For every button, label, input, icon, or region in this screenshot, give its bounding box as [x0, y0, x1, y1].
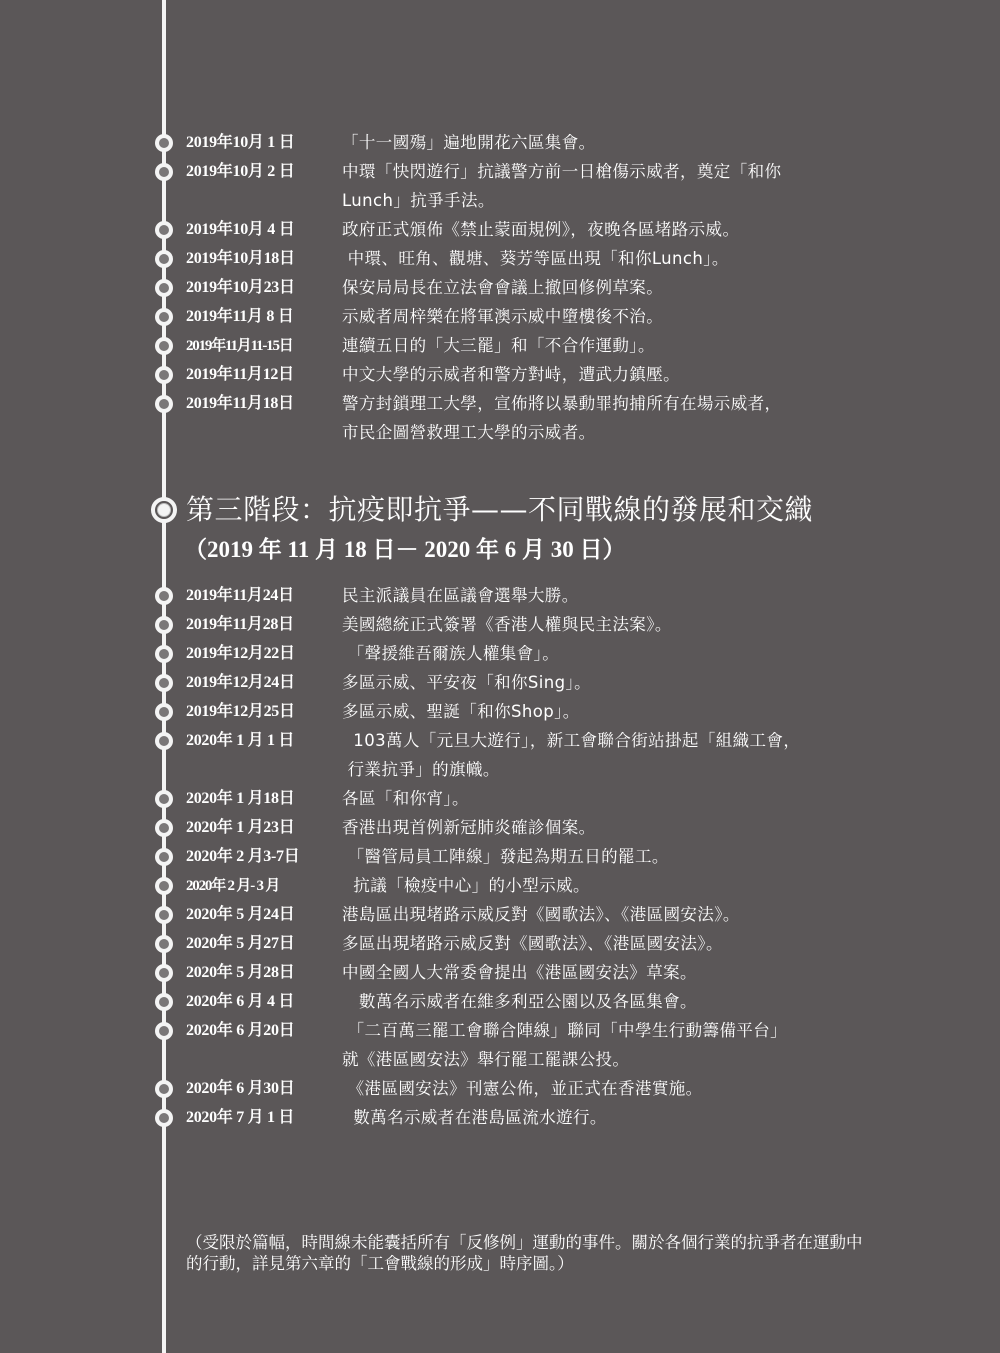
timeline-event: 2019年11月12日中文大學的示威者和警方對峙，遭武力鎮壓。 [0, 361, 1000, 390]
event-description-line: 中環、旺角、觀塘、葵芳等區出現「和你Lunch」。 [342, 244, 729, 273]
timeline-event: 2019年10月23日保安局局長在立法會會議上撤回修例草案。 [0, 274, 1000, 303]
event-date: 2019年10月 1 日 [186, 132, 294, 154]
event-description-line: 「二百萬三罷工會聯合陣線」聯同「中學生行動籌備平台」 [342, 1016, 787, 1045]
timeline-event: 2020年 7 月 1 日 數萬名示威者在港島區流水遊行。 [0, 1104, 1000, 1133]
timeline-event: 2019年10月 2 日中環「快閃遊行」抗議警方前一日槍傷示威者，奠定「和你Lu… [0, 158, 1000, 187]
event-date: 2019年10月23日 [186, 277, 295, 299]
timeline-node-icon [155, 221, 173, 239]
event-description: 連續五日的「大三罷」和「不合作運動」。 [342, 331, 655, 360]
event-date: 2019年12月24日 [186, 672, 295, 694]
timeline-node-icon [155, 964, 173, 982]
event-description-line: 中國全國人大常委會提出《港區國安法》草案。 [342, 958, 697, 987]
event-date: 2020年 7 月 1 日 [186, 1107, 294, 1129]
event-date: 2019年11月28日 [186, 614, 294, 636]
timeline-event: 2020年 1 月 1 日 103萬人「元旦大遊行」，新工會聯合街站掛起「組織工… [0, 727, 1000, 756]
event-description: 中環「快閃遊行」抗議警方前一日槍傷示威者，奠定「和你Lunch」抗爭手法。 [342, 157, 781, 215]
event-description-line: 港島區出現堵路示威反對《國歌法》、《港區國安法》。 [342, 900, 740, 929]
timeline-node-icon [155, 616, 173, 634]
event-description-line: 就《港區國安法》舉行罷工罷課公投。 [342, 1045, 787, 1074]
timeline-event: 2020年 5 月27日多區出現堵路示威反對《國歌法》、《港區國安法》。 [0, 930, 1000, 959]
timeline-event: 2019年11月11-15日連續五日的「大三罷」和「不合作運動」。 [0, 332, 1000, 361]
timeline-event: 2020年 6 月30日 《港區國安法》刊憲公佈，並正式在香港實施。 [0, 1075, 1000, 1104]
event-description-line: 多區示威、平安夜「和你Sing」。 [342, 668, 591, 697]
event-description: 數萬名示威者在維多利亞公園以及各區集會。 [342, 987, 697, 1016]
timeline-node-icon [155, 645, 173, 663]
event-description: 多區示威、平安夜「和你Sing」。 [342, 668, 591, 697]
timeline-event: 2019年11月 8 日示威者周梓樂在將軍澳示威中墮樓後不治。 [0, 303, 1000, 332]
timeline-node-icon [155, 819, 173, 837]
timeline-event: 2019年10月 1 日「十一國殤」遍地開花六區集會。 [0, 129, 1000, 158]
timeline-node-icon [155, 587, 173, 605]
timeline-event: 2019年12月25日多區示威、聖誕「和你Shop」。 [0, 698, 1000, 727]
timeline-node-icon [155, 366, 173, 384]
event-description: 保安局局長在立法會會議上撤回修例草案。 [342, 273, 663, 302]
timeline-event: 2019年11月28日美國總統正式簽署《香港人權與民主法案》。 [0, 611, 1000, 640]
timeline-node-icon [155, 674, 173, 692]
timeline-event: 2020年 5 月28日中國全國人大常委會提出《港區國安法》草案。 [0, 959, 1000, 988]
section-title: 第三階段：抗疫即抗爭——不同戰線的發展和交織 [186, 490, 813, 530]
event-description-line: 市民企圖營救理工大學的示威者。 [342, 418, 781, 447]
timeline-event: 2020年 6 月20日 「二百萬三罷工會聯合陣線」聯同「中學生行動籌備平台」就… [0, 1017, 1000, 1046]
event-date: 2019年11月12日 [186, 364, 294, 386]
timeline-event: 2019年11月18日警方封鎖理工大學，宣佈將以暴動罪拘捕所有在場示威者，市民企… [0, 390, 1000, 419]
event-description: 「聲援維吾爾族人權集會」。 [342, 639, 559, 668]
event-description: 各區「和你宵」。 [342, 784, 469, 813]
event-date: 2020年 2 月3-7日 [186, 846, 299, 868]
event-description: 「二百萬三罷工會聯合陣線」聯同「中學生行動籌備平台」就《港區國安法》舉行罷工罷課… [342, 1016, 787, 1074]
event-description: 「醫管局員工陣線」發起為期五日的罷工。 [342, 842, 669, 871]
timeline-node-icon [155, 935, 173, 953]
event-date: 2019年11月18日 [186, 393, 294, 415]
event-description-line: 數萬名示威者在港島區流水遊行。 [342, 1103, 607, 1132]
timeline-node-icon [155, 1022, 173, 1040]
event-description-line: 《港區國安法》刊憲公佈，並正式在香港實施。 [342, 1074, 703, 1103]
timeline-node-icon [155, 279, 173, 297]
timeline-node-icon [155, 395, 173, 413]
timeline-node-icon [155, 337, 173, 355]
timeline-event: 2020年 1 月23日香港出現首例新冠肺炎確診個案。 [0, 814, 1000, 843]
event-date: 2019年10月18日 [186, 248, 295, 270]
event-description: 抗議「檢疫中心」的小型示威。 [342, 871, 590, 900]
event-description-line: 各區「和你宵」。 [342, 784, 469, 813]
timeline-event: 2020年 2 月- 3 月 抗議「檢疫中心」的小型示威。 [0, 872, 1000, 901]
timeline-node-icon [155, 163, 173, 181]
event-description-line: 「醫管局員工陣線」發起為期五日的罷工。 [342, 842, 669, 871]
event-date: 2020年 6 月 4 日 [186, 991, 294, 1013]
event-date: 2020年 6 月20日 [186, 1020, 294, 1042]
event-date: 2019年11月11-15日 [186, 335, 293, 357]
event-date: 2019年11月24日 [186, 585, 294, 607]
event-description: 數萬名示威者在港島區流水遊行。 [342, 1103, 607, 1132]
event-date: 2020年 5 月27日 [186, 933, 294, 955]
timeline-event: 2019年12月22日 「聲援維吾爾族人權集會」。 [0, 640, 1000, 669]
event-description: 示威者周梓樂在將軍澳示威中墮樓後不治。 [342, 302, 663, 331]
timeline-event: 2020年 5 月24日港島區出現堵路示威反對《國歌法》、《港區國安法》。 [0, 901, 1000, 930]
timeline-node-icon [155, 1109, 173, 1127]
event-description: 美國總統正式簽署《香港人權與民主法案》。 [342, 610, 672, 639]
event-description: 政府正式頒佈《禁止蒙面規例》，夜晚各區堵路示威。 [342, 215, 739, 244]
event-description-line: 多區出現堵路示威反對《國歌法》、《港區國安法》。 [342, 929, 723, 958]
event-date: 2019年12月25日 [186, 701, 295, 723]
timeline-node-icon [155, 877, 173, 895]
section-node-icon [151, 497, 177, 523]
event-description-line: 警方封鎖理工大學，宣佈將以暴動罪拘捕所有在場示威者， [342, 389, 781, 418]
event-description: 「十一國殤」遍地開花六區集會。 [342, 128, 596, 157]
event-description: 多區出現堵路示威反對《國歌法》、《港區國安法》。 [342, 929, 723, 958]
event-description-line: 中文大學的示威者和警方對峙，遭武力鎮壓。 [342, 360, 680, 389]
timeline-event: 2019年11月24日民主派議員在區議會選舉大勝。 [0, 582, 1000, 611]
timeline-event: 2020年 2 月3-7日 「醫管局員工陣線」發起為期五日的罷工。 [0, 843, 1000, 872]
event-description: 103萬人「元旦大遊行」，新工會聯合街站掛起「組織工會， 行業抗爭」的旗幟。 [342, 726, 800, 784]
event-description-line: 連續五日的「大三罷」和「不合作運動」。 [342, 331, 655, 360]
event-description-line: 示威者周梓樂在將軍澳示威中墮樓後不治。 [342, 302, 663, 331]
event-date: 2019年10月 4 日 [186, 219, 294, 241]
event-date: 2019年12月22日 [186, 643, 295, 665]
event-date: 2020年 1 月18日 [186, 788, 294, 810]
footnote: （受限於篇幅，時間線未能囊括所有「反修例」運動的事件。關於各個行業的抗爭者在運動… [186, 1232, 876, 1274]
event-description: 《港區國安法》刊憲公佈，並正式在香港實施。 [342, 1074, 703, 1103]
timeline-event: 2020年 6 月 4 日 數萬名示威者在維多利亞公園以及各區集會。 [0, 988, 1000, 1017]
event-description: 香港出現首例新冠肺炎確診個案。 [342, 813, 596, 842]
event-description-line: 抗議「檢疫中心」的小型示威。 [342, 871, 590, 900]
event-date: 2020年 6 月30日 [186, 1078, 294, 1100]
section-date-range: （2019 年 11 月 18 日－ 2020 年 6 月 30 日） [184, 534, 625, 566]
event-description-line: 「十一國殤」遍地開花六區集會。 [342, 128, 596, 157]
event-date: 2019年10月 2 日 [186, 161, 294, 183]
event-description-line: 政府正式頒佈《禁止蒙面規例》，夜晚各區堵路示威。 [342, 215, 739, 244]
event-description-line: 香港出現首例新冠肺炎確診個案。 [342, 813, 596, 842]
event-description-line: Lunch」抗爭手法。 [342, 186, 781, 215]
event-description: 港島區出現堵路示威反對《國歌法》、《港區國安法》。 [342, 900, 740, 929]
timeline-event: 2019年12月24日多區示威、平安夜「和你Sing」。 [0, 669, 1000, 698]
event-description-line: 保安局局長在立法會會議上撤回修例草案。 [342, 273, 663, 302]
timeline-node-icon [155, 250, 173, 268]
timeline-event: 2020年 1 月18日各區「和你宵」。 [0, 785, 1000, 814]
event-description-line: 行業抗爭」的旗幟。 [342, 755, 800, 784]
event-description-line: 民主派議員在區議會選舉大勝。 [342, 581, 579, 610]
event-description-line: 多區示威、聖誕「和你Shop」。 [342, 697, 580, 726]
event-description-line: 103萬人「元旦大遊行」，新工會聯合街站掛起「組織工會， [342, 726, 800, 755]
timeline-node-icon [155, 848, 173, 866]
event-description: 中環、旺角、觀塘、葵芳等區出現「和你Lunch」。 [342, 244, 729, 273]
event-date: 2020年 2 月- 3 月 [186, 875, 279, 897]
timeline-node-icon [155, 1080, 173, 1098]
event-date: 2020年 1 月 1 日 [186, 730, 294, 752]
event-description: 民主派議員在區議會選舉大勝。 [342, 581, 579, 610]
timeline-event: 2019年10月 4 日政府正式頒佈《禁止蒙面規例》，夜晚各區堵路示威。 [0, 216, 1000, 245]
event-date: 2020年 5 月28日 [186, 962, 294, 984]
event-date: 2020年 5 月24日 [186, 904, 294, 926]
event-date: 2020年 1 月23日 [186, 817, 294, 839]
event-description: 中文大學的示威者和警方對峙，遭武力鎮壓。 [342, 360, 680, 389]
timeline-node-icon [155, 906, 173, 924]
timeline-event: 2019年10月18日 中環、旺角、觀塘、葵芳等區出現「和你Lunch」。 [0, 245, 1000, 274]
timeline-node-icon [155, 790, 173, 808]
event-description: 多區示威、聖誕「和你Shop」。 [342, 697, 580, 726]
event-date: 2019年11月 8 日 [186, 306, 294, 328]
timeline-node-icon [155, 993, 173, 1011]
event-description: 警方封鎖理工大學，宣佈將以暴動罪拘捕所有在場示威者，市民企圖營救理工大學的示威者… [342, 389, 781, 447]
event-description-line: 中環「快閃遊行」抗議警方前一日槍傷示威者，奠定「和你 [342, 157, 781, 186]
timeline-node-icon [155, 308, 173, 326]
event-description-line: 「聲援維吾爾族人權集會」。 [342, 639, 559, 668]
event-description-line: 數萬名示威者在維多利亞公園以及各區集會。 [342, 987, 697, 1016]
timeline-node-icon [155, 703, 173, 721]
event-description-line: 美國總統正式簽署《香港人權與民主法案》。 [342, 610, 672, 639]
timeline-node-icon [155, 134, 173, 152]
event-description: 中國全國人大常委會提出《港區國安法》草案。 [342, 958, 697, 987]
timeline-node-icon [155, 732, 173, 750]
